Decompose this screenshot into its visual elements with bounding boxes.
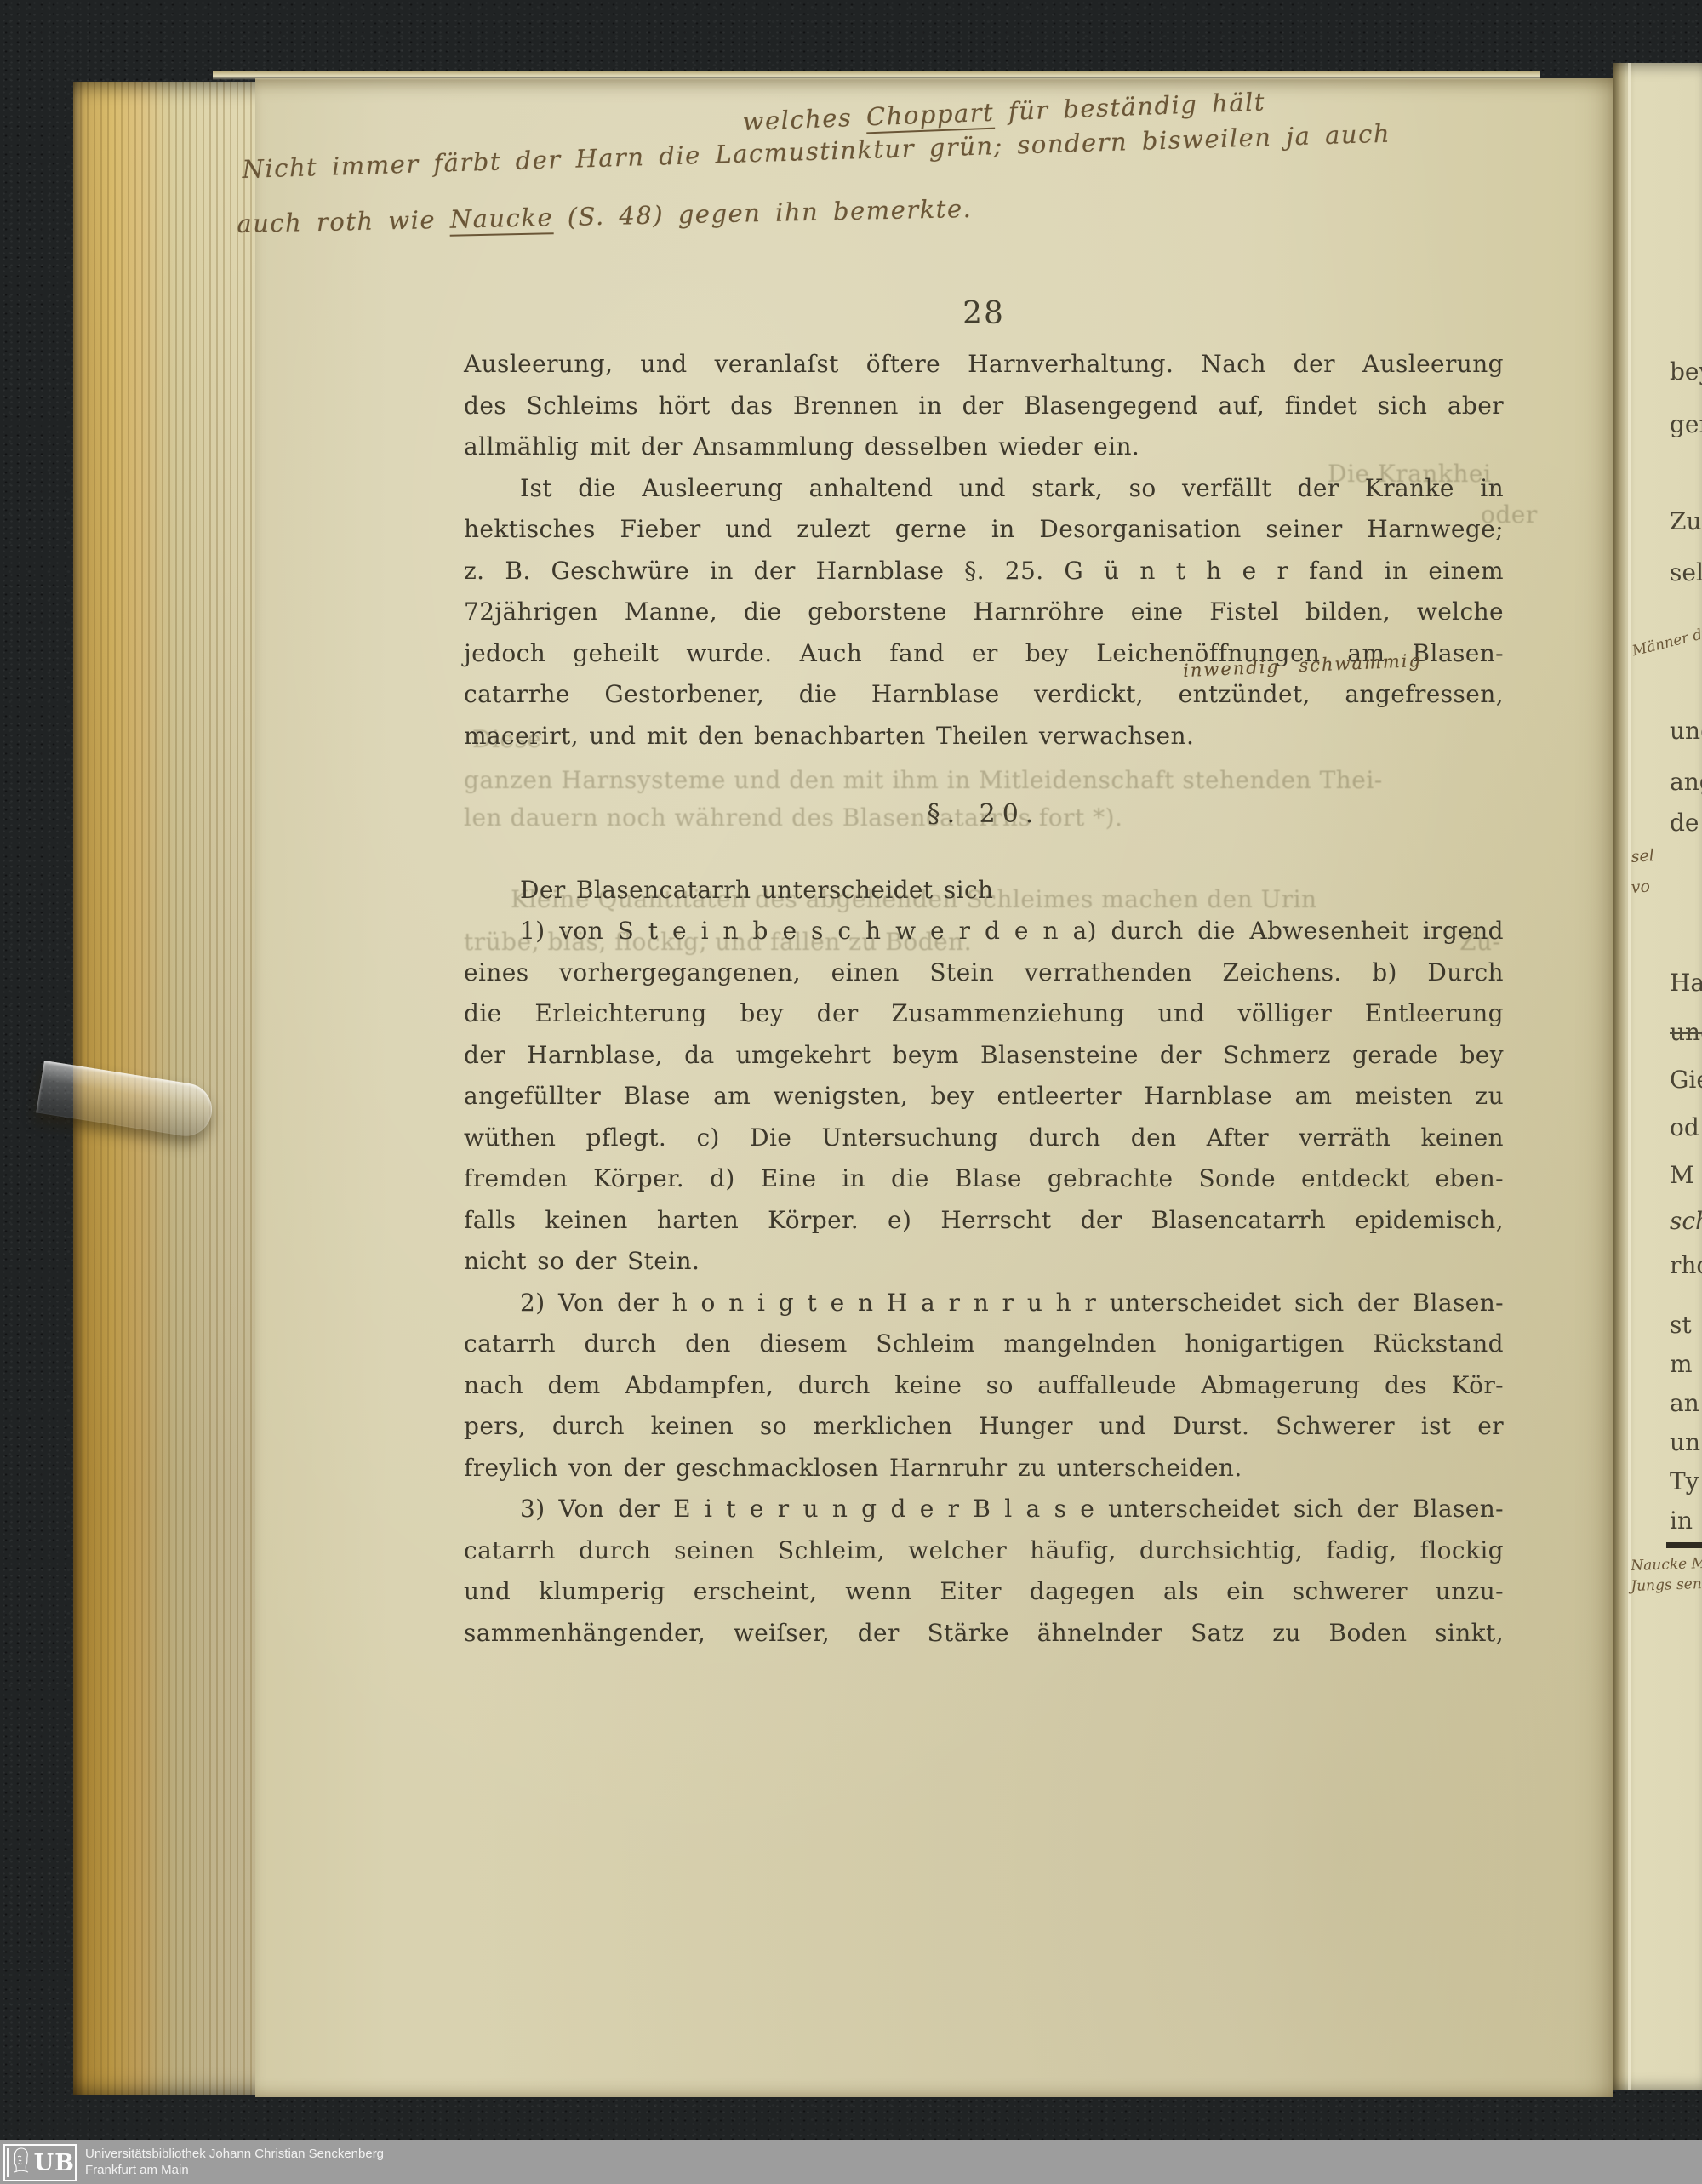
text-line: nach dem Abdampfen, durch keine so auffa… [464,1365,1504,1407]
text-line: macerirt, und mit den benachbarten Theil… [464,716,1504,758]
paragraph: Ausleerung, und veranlaſst öftere Harnve… [464,344,1504,468]
paragraph: 1) von S t e i n b e s c h w e r d e n a… [464,911,1504,1283]
page-top-edge [213,71,1540,80]
text-line: sammenhängender, weiſser, der Stärke ähn… [464,1613,1504,1655]
text-line: und klumperig erscheint, wenn Eiter dage… [464,1571,1504,1613]
text-line: falls keinen harten Körper. e) Herrscht … [464,1200,1504,1242]
library-location: Frankfurt am Main [85,2162,384,2178]
text-line: 1) von S t e i n b e s c h w e r d e n a… [464,911,1504,952]
library-banner-text: Universitätsbibliothek Johann Christian … [85,2146,384,2178]
ub-logo: UB [3,2144,77,2181]
text-line: nicht so der Stein. [464,1241,1504,1283]
handwritten-fragment: vo [1631,877,1651,896]
text-block: Ausleerung, und veranlaſst öftere Harnve… [464,344,1504,1654]
text-line: catarrh durch seinen Schleim, welcher hä… [464,1530,1504,1572]
paragraph: 3) Von der E i t e r u n g d e r B l a s… [464,1489,1504,1654]
printed-text-fragment: sch [1670,1207,1702,1235]
handwritten-fragment: Naucke Ma [1631,1555,1702,1575]
text-line: des Schleims hört das Brennen in der Bla… [464,386,1504,427]
printed-text-fragment: od [1670,1113,1699,1141]
printed-text-fragment: Gie [1670,1066,1702,1094]
text-line: z. B. Geschwüre in der Harnblase §. 25. … [464,551,1504,592]
handwritten-fragment: Männer die viel [1631,615,1702,660]
printed-text-fragment: Ty [1670,1467,1699,1495]
text-line: die Erleichterung bey der Zusammenziehun… [464,993,1504,1035]
footnote-rule-fragment [1666,1542,1702,1548]
handwritten-fragment: sel [1631,846,1655,866]
handwritten-fragment: Jungs send [1631,1575,1702,1595]
text-line: Der Blasencatarrh unterscheidet sich [464,870,1504,912]
printed-text-fragment: in [1670,1507,1693,1535]
printed-text-fragment: Zu [1670,507,1702,535]
printed-text-fragment: M [1670,1161,1694,1189]
text-line: der Harnblase, da umgekehrt beym Blasens… [464,1035,1504,1077]
logo-stripes-icon [7,2148,9,2177]
text-line: allmählig mit der Ansammlung desselben w… [464,426,1504,468]
printed-text-fragment: bey [1670,357,1702,386]
text-line: Ausleerung, und veranlaſst öftere Harnve… [464,344,1504,386]
text-line: catarrhe Gestorbener, die Harnblase verd… [464,674,1504,716]
printed-text-fragment: gem [1670,410,1702,438]
printed-text-fragment: Ha [1670,969,1702,997]
printed-text-fragment: m [1670,1350,1693,1378]
paragraph: Ist die Ausleerung anhaltend und stark, … [464,468,1504,758]
text-line: hektisches Fieber und zulezt gerne in De… [464,509,1504,551]
text-line: Ist die Ausleerung anhaltend und stark, … [464,468,1504,510]
page-number: 28 [464,296,1504,331]
text-line: 2) Von der h o n i g t e n H a r n r u h… [464,1283,1504,1324]
text-line: eines vorhergegangenen, einen Stein verr… [464,952,1504,994]
printed-text-fragment: ang [1670,768,1702,796]
ub-logo-text: UB [34,2150,75,2176]
goethe-head-icon [11,2146,31,2181]
scanned-book-page-view: Die KrankheioderDieseganzen Harnsysteme … [0,0,1702,2184]
printed-text-fragment: rho [1670,1251,1702,1279]
text-line: wüthen pflegt. c) Die Untersuchung durch… [464,1118,1504,1159]
text-line: 72jährigen Manne, die geborstene Harnröh… [464,592,1504,633]
text-line: fremden Körper. d) Eine in die Blase geb… [464,1158,1504,1200]
section-heading: §. 20. [464,794,1504,836]
library-name: Universitätsbibliothek Johann Christian … [85,2146,384,2162]
text-line: pers, durch keinen so merklichen Hunger … [464,1406,1504,1448]
printed-text-fragment: an [1670,1389,1699,1417]
edge-fragments-layer: beygemZuselMänner die vielundangdeselvoH… [1631,0,1702,2184]
printed-text-fragment: und [1670,1018,1702,1046]
text-line: catarrh durch den diesem Schleim mangeln… [464,1324,1504,1365]
printed-text-fragment: st [1670,1311,1692,1339]
printed-text-fragment: de [1670,809,1699,837]
library-banner: UB Universitätsbibliothek Johann Christi… [0,2140,1702,2184]
text-line: 3) Von der E i t e r u n g d e r B l a s… [464,1489,1504,1530]
paragraph: Der Blasencatarrh unterscheidet sich [464,870,1504,912]
text-line: angefüllter Blase am wenigsten, bey entl… [464,1076,1504,1118]
printed-text-fragment: un [1670,1428,1700,1456]
text-line: freylich von der geschmacklosen Harnruhr… [464,1448,1504,1489]
printed-text-fragment: und [1670,717,1702,745]
paragraph: 2) Von der h o n i g t e n H a r n r u h… [464,1283,1504,1489]
printed-text-fragment: sel [1670,558,1702,586]
